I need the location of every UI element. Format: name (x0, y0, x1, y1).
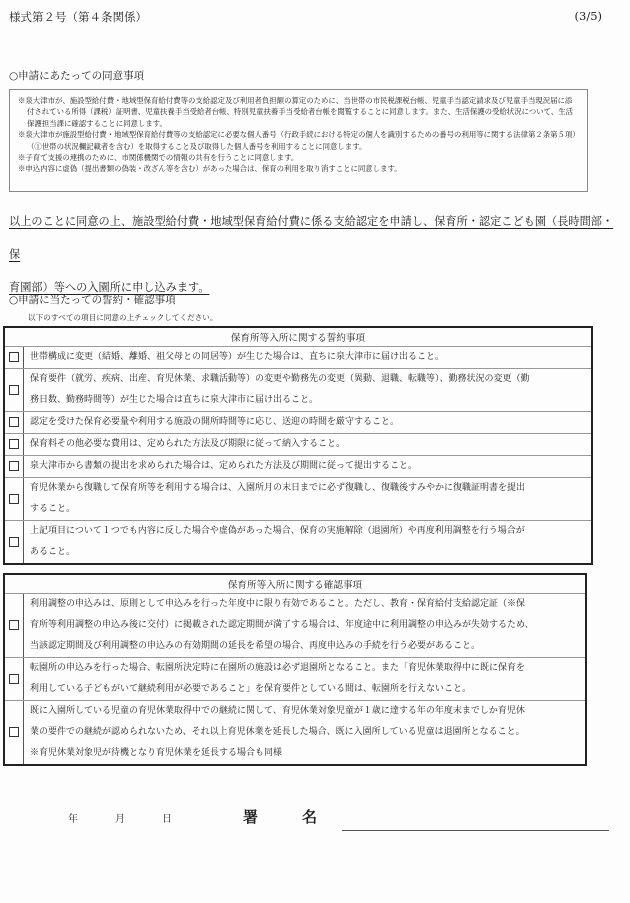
row-text: 既に入園所している児童の育児休業取得中での継続に関して、育児休業対象児童が１歳に… (30, 701, 579, 722)
table-row: 認定を受けた保育必要量や利用する施設の開所時間等に応じ、送迎の時間を厳守すること… (4, 412, 592, 434)
consent-section-title: ○申請にあたっての同意事項 (9, 68, 144, 83)
confirm-table: 保育所等入所に関する確認事項 利用調整の申込みは、原則として申込みを行った年度中… (3, 573, 587, 766)
checkbox[interactable] (9, 620, 19, 630)
agreement-line-1: 以上のことに同意の上、施設型給付費・地域型保育給付費に係る支給認定を申請し、保育… (9, 215, 613, 261)
row-text: 利用している子どもがいて継続利用が必要であること」を保育要件としている間は、転園… (30, 679, 579, 700)
row-text: ※育児休業対象児が待機となり育児休業を延長する場合も同様 (30, 743, 579, 764)
pledge-table-header: 保育所等入所に関する誓約事項 (4, 327, 592, 347)
consent-item: ※申込内容に虚偽（提出書類の偽装・改ざん等を含む）があった場合は、保育の利用を取… (18, 163, 579, 174)
page-indicator: (3/5) (575, 9, 602, 23)
checkbox[interactable] (9, 727, 19, 737)
row-text: すること。 (30, 499, 585, 520)
row-text: 業の要件での継続が認められないため、それ以上育児休業を延長した場合、既に入園所し… (30, 722, 579, 743)
table-row: 泉大津市から書類の提出を求められた場合は、定められた方法及び期間に従って提出する… (4, 456, 592, 478)
consent-box: ※泉大津市が、施設型給付費・地域型保育給付費等の支給認定及び利用者負担額の算定の… (9, 89, 588, 192)
signature-label-1: 署 (243, 806, 258, 827)
agreement-statement: 以上のことに同意の上、施設型給付費・地域型保育給付費に係る支給認定を申請し、保育… (9, 205, 621, 304)
row-text: 上記項目について１つでも内容に反した場合や虚偽があった場合、保育の実施解除（退園… (30, 521, 585, 542)
consent-item: ※泉大津市が施設型給付費・地域型保育給付費等の支給認定に必要な個人番号（行政手続… (18, 129, 579, 152)
row-text: 育児休業から復職して保育所等を利用する場合は、入園所月の末日までに必ず復職し、復… (30, 478, 585, 499)
checkbox[interactable] (9, 352, 19, 362)
pledge-section-title: ○申請に当たっての誓約・確認事項 (9, 292, 176, 307)
table-row: 保育料その他必要な費用は、定められた方法及び期限に従って納入すること。 (4, 434, 592, 456)
checkbox[interactable] (9, 439, 19, 449)
checkbox[interactable] (9, 461, 19, 471)
row-text: 当該認定期間及び利用調整の申込みの有効期間の延長を希望の場合、再度申込みの手続を… (30, 636, 579, 657)
row-text: 世帯構成に変更（結婚、離婚、祖父母との同居等）が生じた場合は、直ちに泉大津市に届… (30, 347, 585, 368)
table-row: 上記項目について１つでも内容に反した場合や虚偽があった場合、保育の実施解除（退園… (4, 521, 592, 565)
row-text: あること。 (30, 542, 585, 563)
pledge-instruction: 以下のすべての項目に同意の上チェックしてください。 (28, 312, 217, 323)
row-text: 務日数、勤務時間等）が生じた場合は直ちに泉大津市に届け出ること。 (30, 390, 585, 411)
month-label: 月 (115, 810, 125, 825)
checkbox[interactable] (9, 417, 19, 427)
row-text: 育所等利用調整の申込み後に交付）に掲載された認定期間が満了する場合は、年度途中に… (30, 615, 579, 636)
consent-item: ※泉大津市が、施設型給付費・地域型保育給付費等の支給認定及び利用者負担額の算定の… (18, 95, 579, 129)
table-row: 既に入園所している児童の育児休業取得中での継続に関して、育児休業対象児童が１歳に… (4, 701, 586, 766)
checkbox[interactable] (9, 537, 19, 547)
table-row: 世帯構成に変更（結婚、離婚、祖父母との同居等）が生じた場合は、直ちに泉大津市に届… (4, 347, 592, 369)
table-row: 利用調整の申込みは、原則として申込みを行った年度中に限り有効であること。ただし、… (4, 594, 586, 658)
table-row: 育児休業から復職して保育所等を利用する場合は、入園所月の末日までに必ず復職し、復… (4, 478, 592, 521)
row-text: 保育料その他必要な費用は、定められた方法及び期限に従って納入すること。 (30, 434, 585, 455)
row-text: 利用調整の申込みは、原則として申込みを行った年度中に限り有効であること。ただし、… (30, 594, 579, 615)
checkbox[interactable] (9, 674, 19, 684)
row-text: 保育要件（就労、疾病、出産、育児休業、求職活動等）の変更や勤務先の変更（異動、退… (30, 369, 585, 390)
signature-label-2: 名 (302, 806, 317, 827)
checkbox[interactable] (9, 385, 19, 395)
row-text: 認定を受けた保育必要量や利用する施設の開所時間等に応じ、送迎の時間を厳守すること… (30, 412, 585, 433)
table-row: 転園所の申込みを行った場合、転園所決定時に在園所の施設は必ず退園所となること。ま… (4, 658, 586, 701)
confirm-table-header: 保育所等入所に関する確認事項 (4, 574, 586, 594)
checkbox[interactable] (9, 494, 19, 504)
signature-field[interactable] (342, 830, 609, 831)
day-label: 日 (162, 810, 172, 825)
row-text: 転園所の申込みを行った場合、転園所決定時に在園所の施設は必ず退園所となること。ま… (30, 658, 579, 679)
row-text: 泉大津市から書類の提出を求められた場合は、定められた方法及び期間に従って提出する… (30, 456, 585, 477)
pledge-table: 保育所等入所に関する誓約事項 世帯構成に変更（結婚、離婚、祖父母との同居等）が生… (3, 326, 593, 565)
consent-item: ※子育て支援の連携のために、市関係機関での情報の共有を行うことに同意します。 (18, 152, 579, 163)
signature-row: 年 月 日 署 名 (0, 808, 630, 832)
year-label: 年 (68, 810, 78, 825)
table-row: 保育要件（就労、疾病、出産、育児休業、求職活動等）の変更や勤務先の変更（異動、退… (4, 369, 592, 412)
form-id: 様式第２号（第４条関係） (9, 9, 147, 25)
